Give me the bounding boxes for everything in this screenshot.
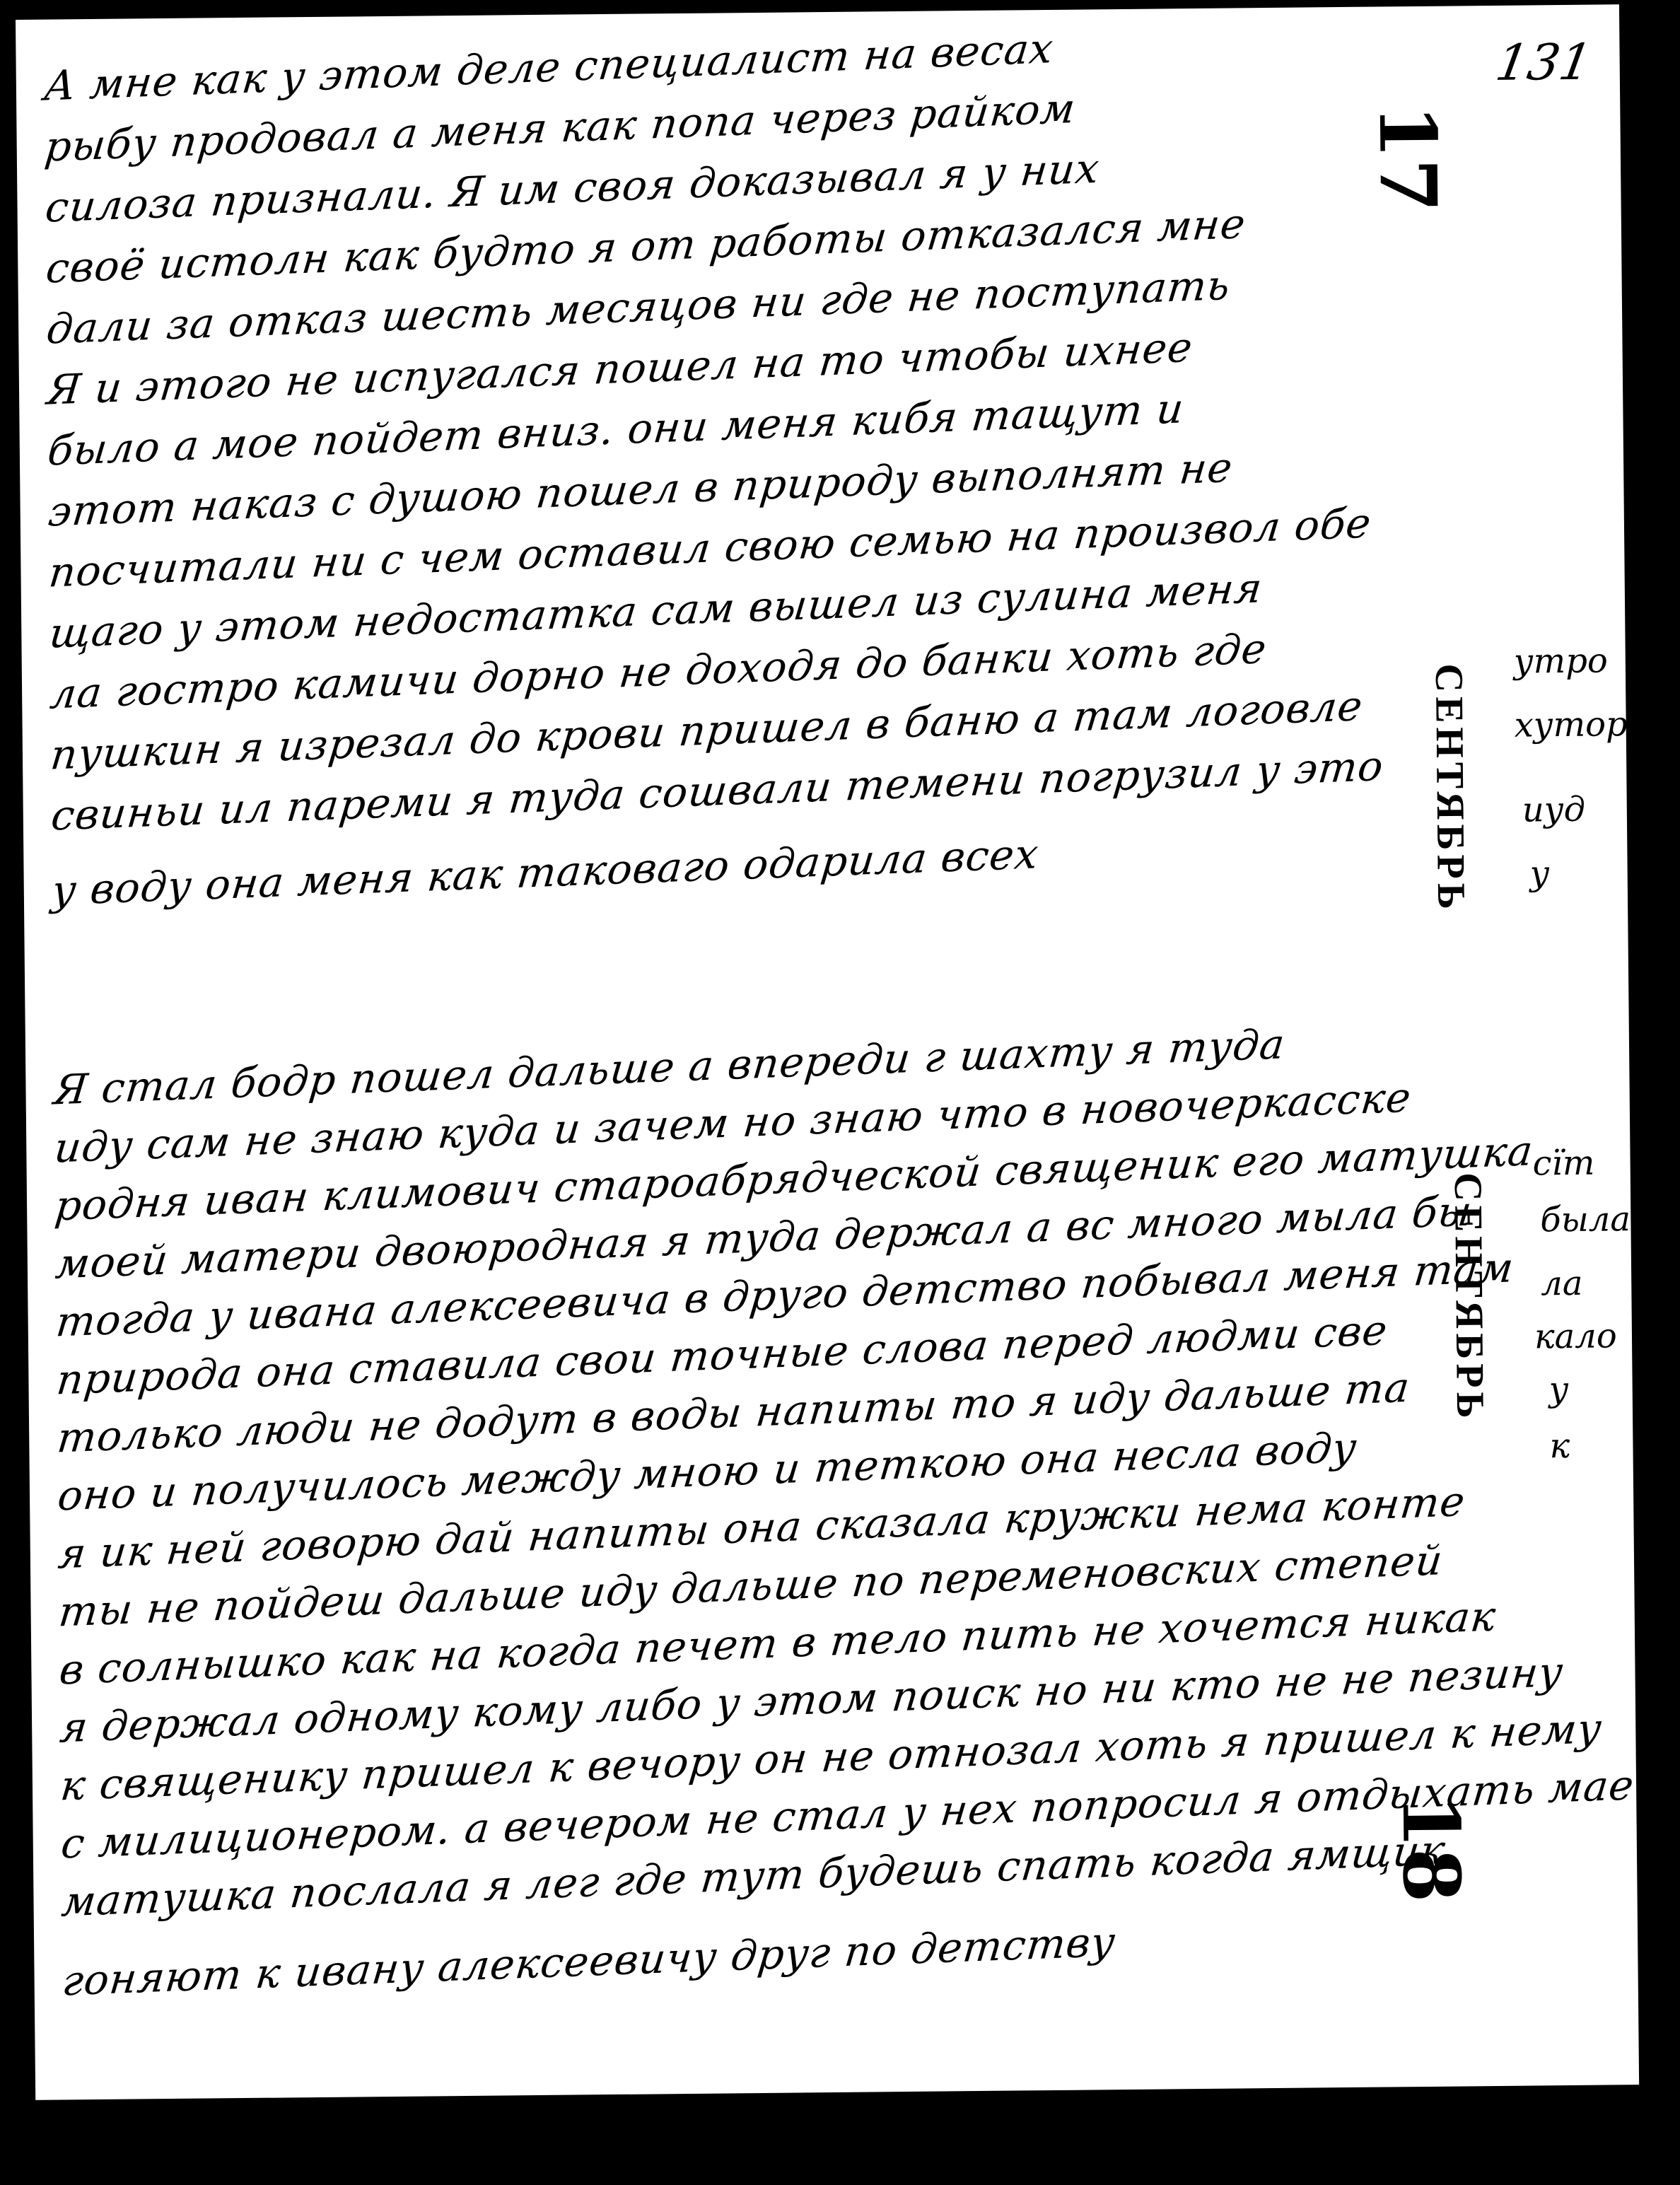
month-label-september-1: СЕНТЯБРЬ [1426, 663, 1474, 914]
margin-note: к [1549, 1426, 1570, 1466]
scanned-page: 131 17 18 СЕНТЯБРЬ СЕНТЯБРЬ А мне как у … [16, 4, 1639, 2100]
margin-note: была [1540, 1199, 1631, 1240]
margin-note: кало [1534, 1316, 1617, 1356]
margin-note: хутор [1514, 704, 1628, 745]
page-number: 131 [1492, 33, 1596, 92]
handwritten-section-2: Я стал бодр пошел дальше а впереди г шах… [16, 4, 1619, 20]
margin-note: иуд [1522, 790, 1586, 830]
margin-note: у [1548, 1370, 1568, 1409]
handwritten-line: гоняют к ивану алексеевичу друг по детст… [60, 1918, 1118, 2005]
handwritten-section-1: А мне как у этом деле специалист на веса… [16, 4, 1619, 20]
margin-note: сїт [1532, 1143, 1594, 1184]
margin-note: ла [1541, 1264, 1583, 1304]
stamp-number-top: 17 [1368, 104, 1447, 213]
handwritten-line: у воду она меня как таковаго одарила все… [49, 829, 1041, 914]
margin-note: утро [1514, 641, 1609, 681]
margin-note: у [1529, 853, 1549, 893]
